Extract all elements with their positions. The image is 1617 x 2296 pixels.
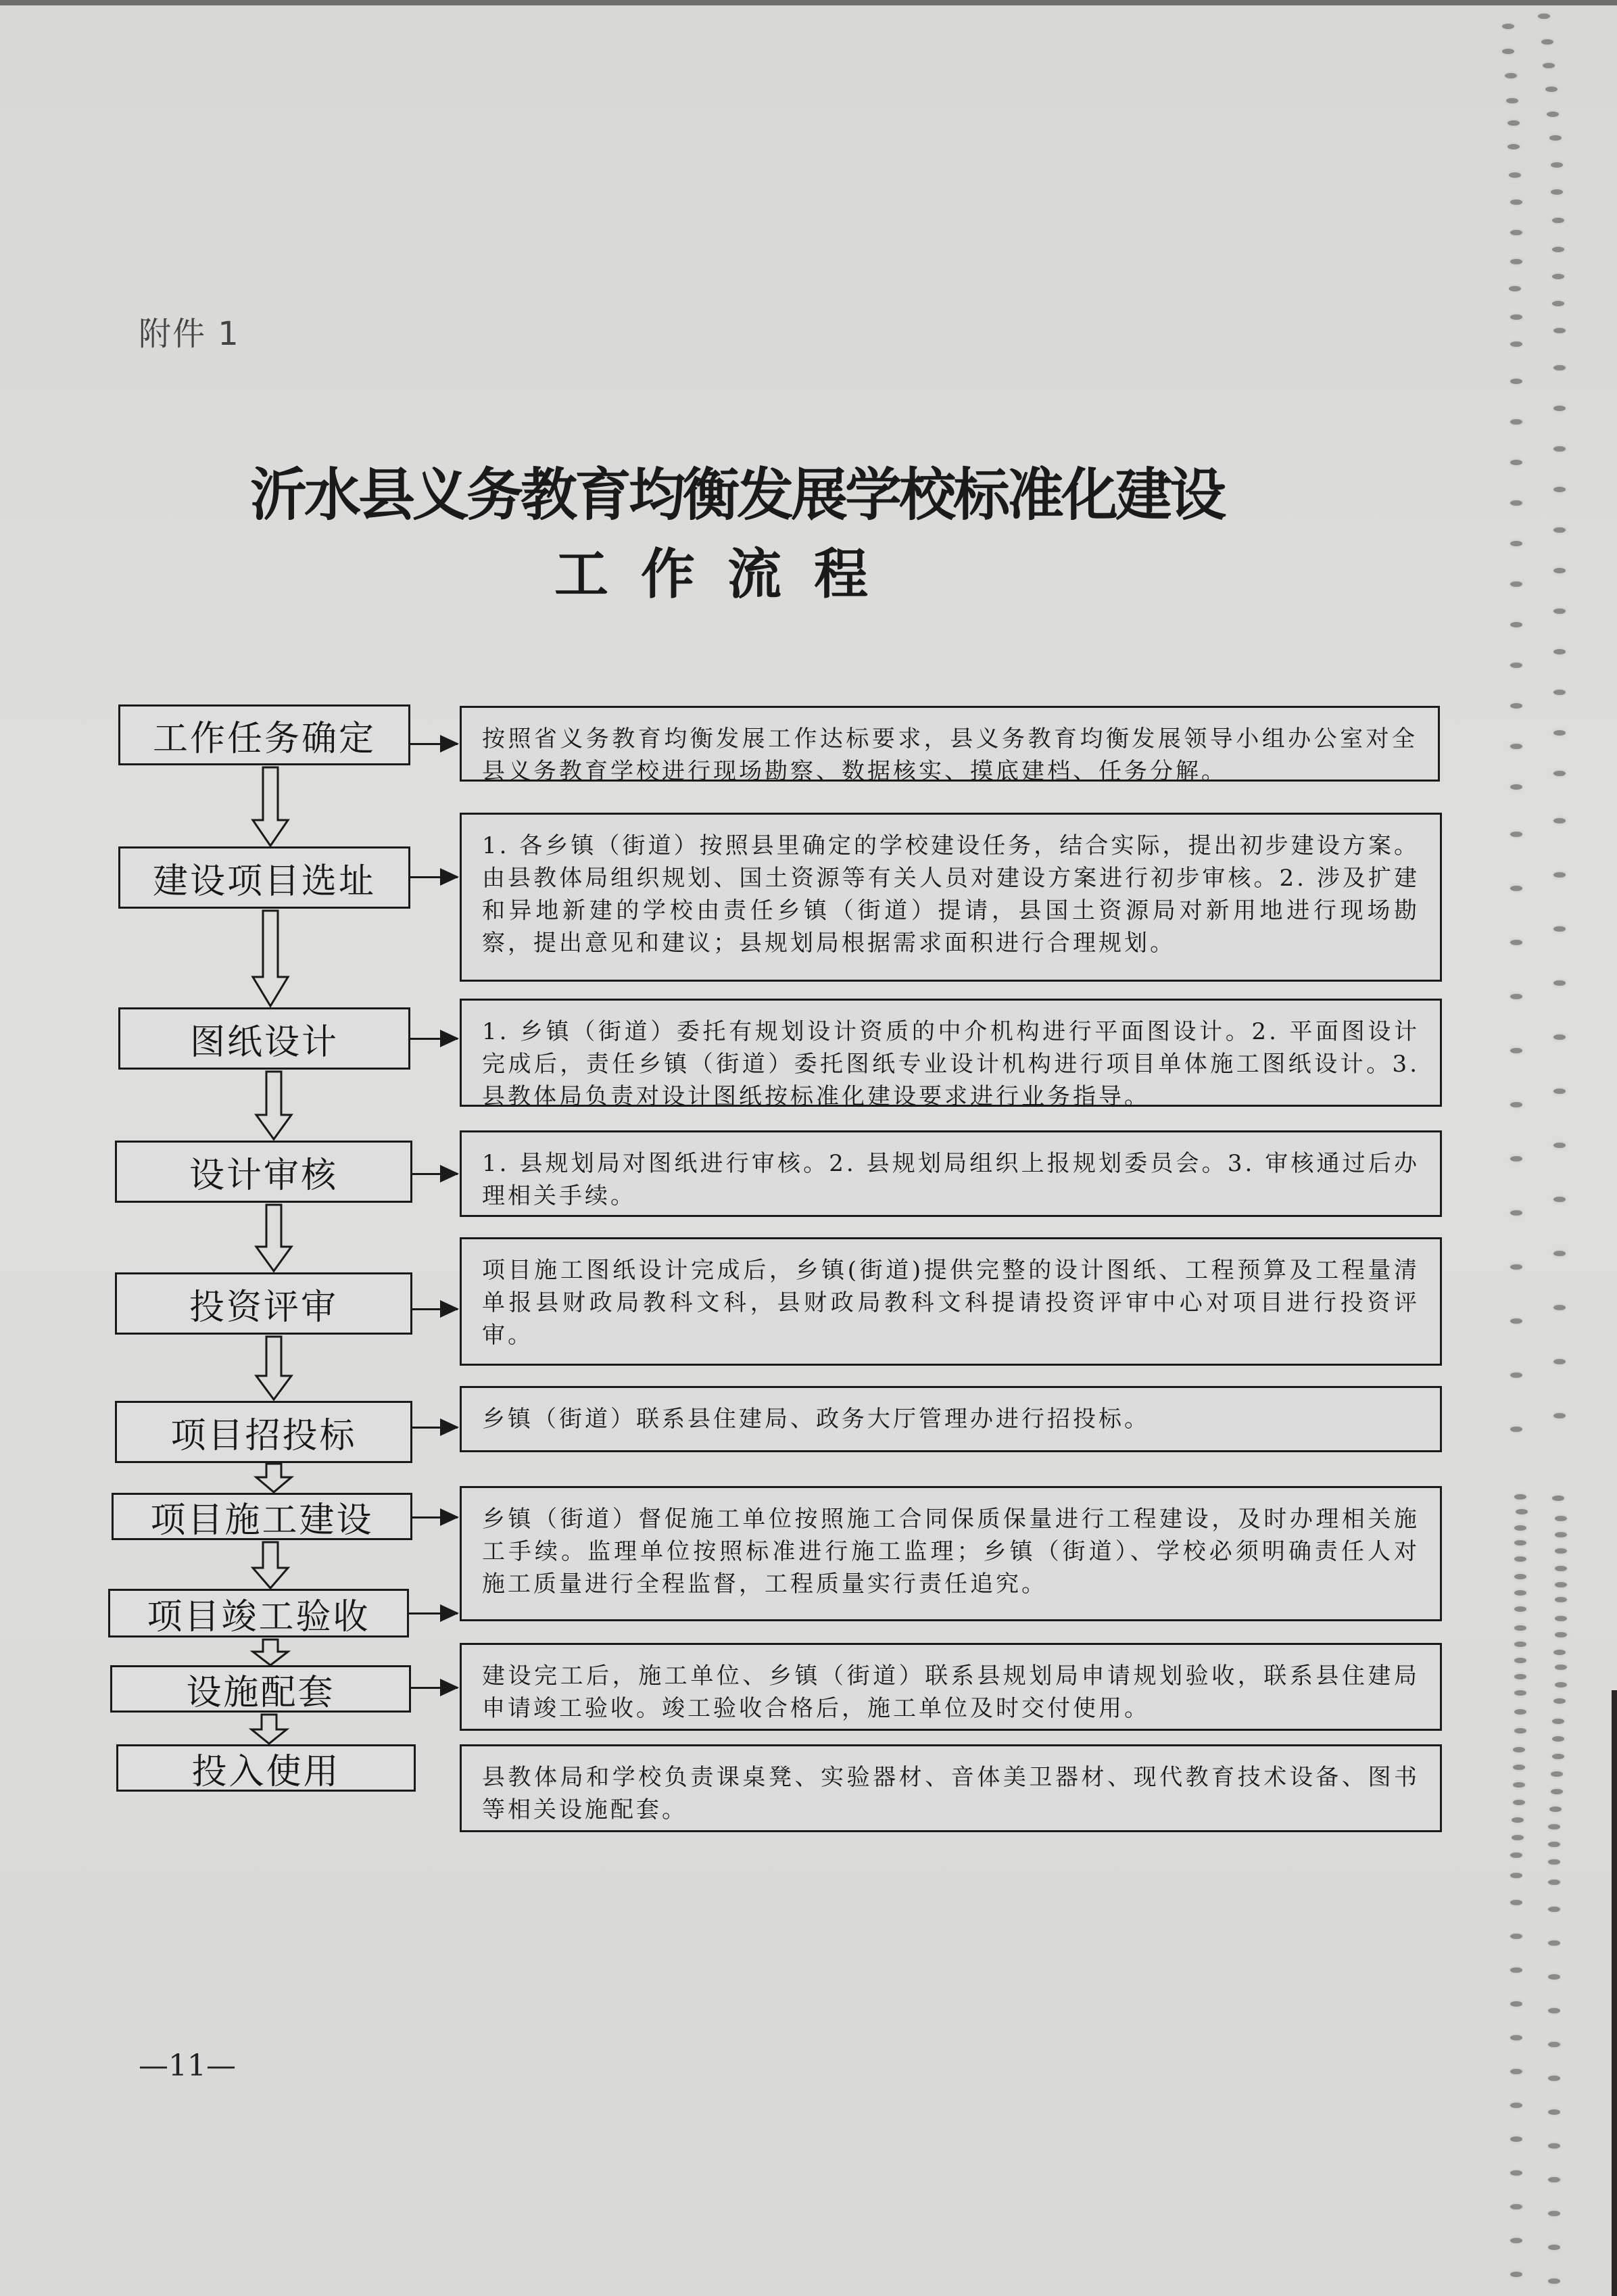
document-title-line2: 工作流程 xyxy=(554,531,900,608)
flow-desc-construction: 乡镇（街道）督促施工单位按照施工合同保质保量进行工程建设，及时办理相关施工手续。… xyxy=(460,1486,1442,1621)
flow-desc-investment-review: 项目施工图纸设计完成后，乡镇(街道)提供完整的设计图纸、工程预算及工程量清单报县… xyxy=(460,1237,1442,1366)
flow-desc-bidding: 乡镇（街道）联系县住建局、政务大厅管理办进行招投标。 xyxy=(460,1386,1442,1452)
flow-desc-drawing-design: 1. 乡镇（街道）委托有规划设计资质的中介机构进行平面图设计。2. 平面图设计完… xyxy=(460,999,1442,1107)
binding-holes xyxy=(1487,0,1568,2296)
attachment-label: 附件 1 xyxy=(139,308,240,354)
flow-step-bidding: 项目招投标 xyxy=(115,1401,412,1463)
arrow-right-icon xyxy=(412,1427,458,1429)
arrow-right-icon xyxy=(409,1612,458,1615)
flow-step-site-selection: 建设项目选址 xyxy=(118,846,410,909)
flow-desc-site-selection: 1. 各乡镇（街道）按照县里确定的学校建设任务，结合实际，提出初步建设方案。由县… xyxy=(460,813,1442,982)
flow-step-construction: 项目施工建设 xyxy=(112,1493,412,1540)
document-page: 附件 1 沂水县义务教育均衡发展学校标准化建设 工作流程 工作任务确定 建设项目… xyxy=(0,0,1617,2296)
page-right-edge xyxy=(1612,1690,1617,2296)
arrow-down-icon xyxy=(249,1713,289,1745)
arrow-down-icon xyxy=(250,766,291,847)
arrow-right-icon xyxy=(412,1308,458,1310)
flow-step-put-into-use: 投入使用 xyxy=(116,1744,416,1792)
flow-step-drawing-design: 图纸设计 xyxy=(118,1007,410,1070)
flow-step-facilities: 设施配套 xyxy=(110,1665,411,1713)
document-title-line1: 沂水县义务教育均衡发展学校标准化建设 xyxy=(250,450,1230,531)
arrow-right-icon xyxy=(410,743,458,745)
flow-desc-task-confirm: 按照省义务教育均衡发展工作达标要求，县义务教育均衡发展领导小组办公室对全县义务教… xyxy=(460,706,1440,782)
arrow-down-icon xyxy=(254,1335,294,1401)
flow-desc-design-review: 1. 县规划局对图纸进行审核。2. 县规划局组织上报规划委员会。3. 审核通过后… xyxy=(460,1130,1442,1217)
page-number: —11— xyxy=(139,2049,236,2083)
flow-step-task-confirm: 工作任务确定 xyxy=(118,704,410,765)
arrow-right-icon xyxy=(411,1687,458,1689)
arrow-down-icon xyxy=(250,1541,291,1589)
arrow-right-icon xyxy=(410,1038,458,1040)
arrow-down-icon xyxy=(250,909,291,1007)
arrow-down-icon xyxy=(254,1462,294,1493)
page-top-edge xyxy=(0,0,1617,5)
flow-desc-acceptance: 建设完工后，施工单位、乡镇（街道）联系县规划局申请规划验收，联系县住建局申请竣工… xyxy=(460,1643,1442,1731)
arrow-right-icon xyxy=(410,876,458,878)
arrow-down-icon xyxy=(250,1638,291,1667)
flow-desc-facilities: 县教体局和学校负责课桌凳、实验器材、音体美卫器材、现代教育技术设备、图书等相关设… xyxy=(460,1744,1442,1832)
arrow-down-icon xyxy=(254,1203,294,1272)
arrow-right-icon xyxy=(412,1516,458,1518)
flow-step-investment-review: 投资评审 xyxy=(115,1272,412,1335)
flow-step-design-review: 设计审核 xyxy=(115,1141,412,1203)
flow-step-acceptance: 项目竣工验收 xyxy=(108,1589,409,1637)
arrow-right-icon xyxy=(412,1173,458,1175)
arrow-down-icon xyxy=(254,1070,294,1141)
